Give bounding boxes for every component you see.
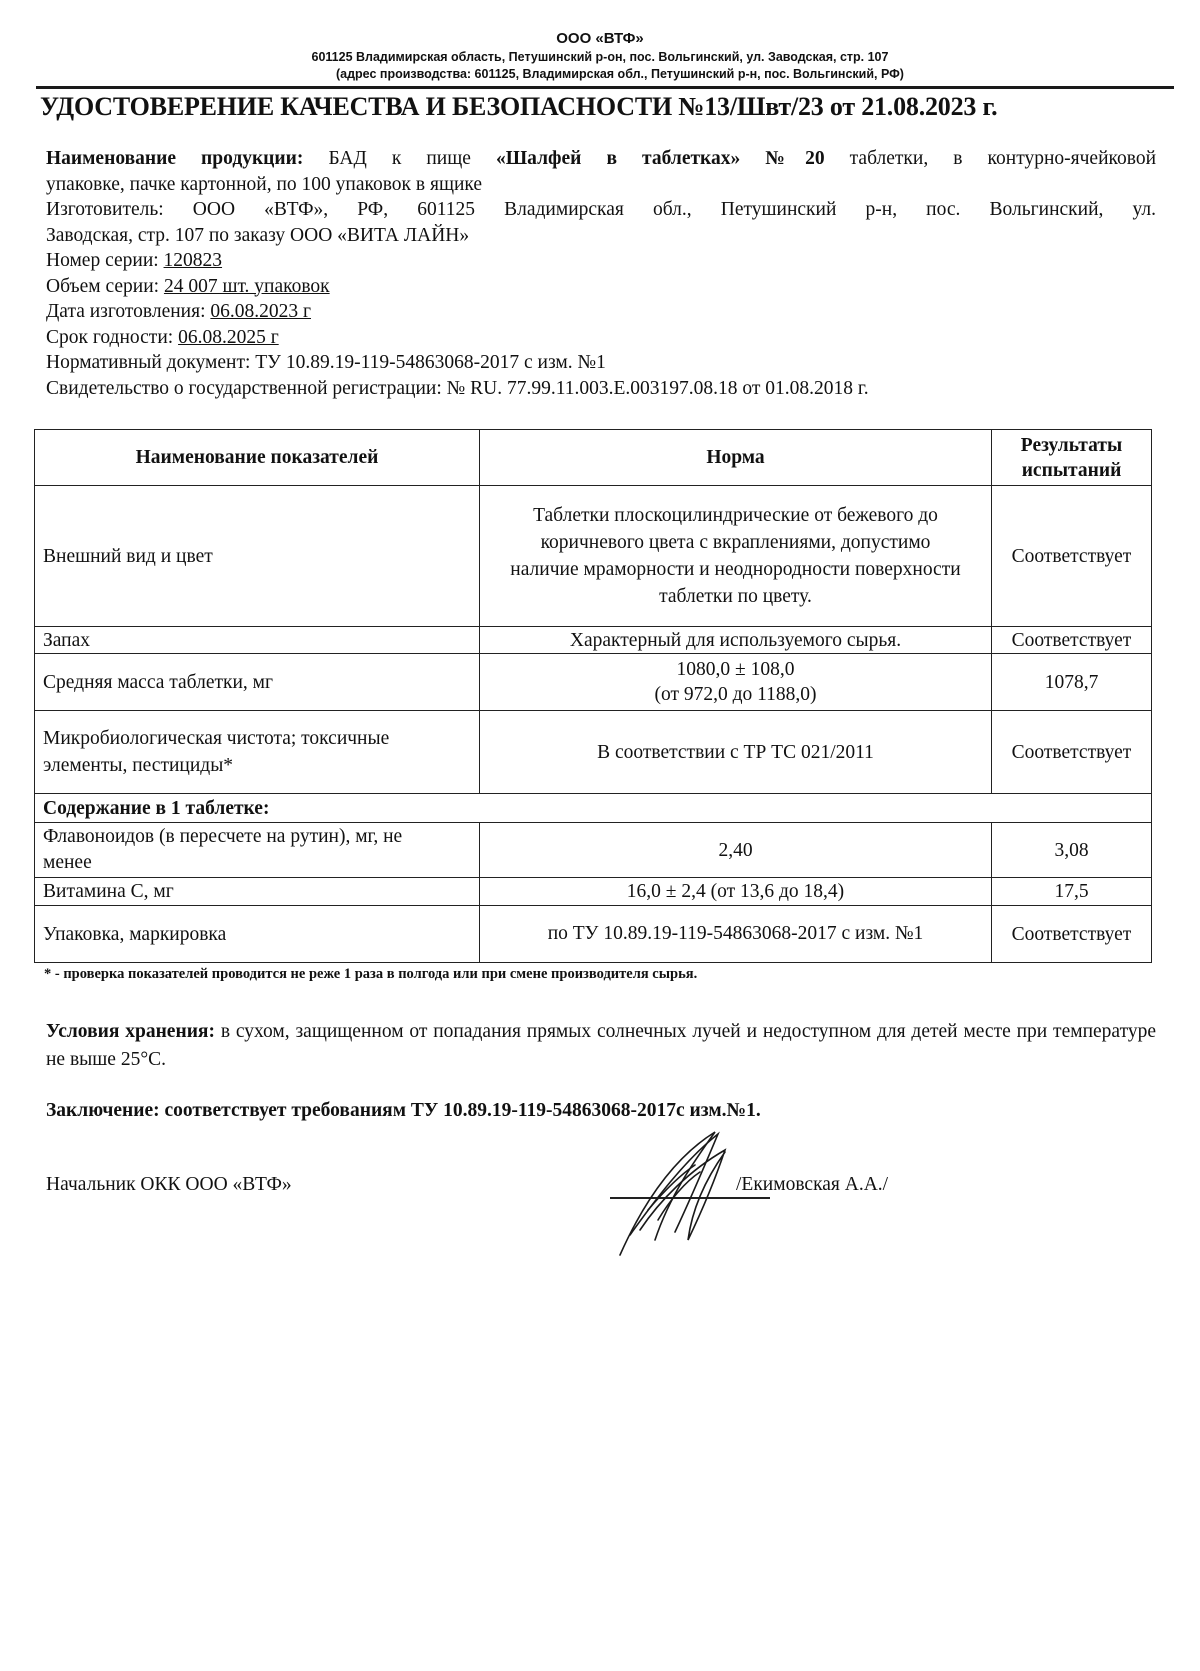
expiry-date: Срок годности: 06.08.2025 г	[46, 325, 1156, 351]
table-row: Флавоноидов (в пересчете на рутин), мг, …	[35, 823, 1152, 878]
organization-address: 601125 Владимирская область, Петушинский…	[0, 50, 1200, 64]
indicator-cell: Флавоноидов (в пересчете на рутин), мг, …	[35, 823, 480, 878]
result-cell: 17,5	[992, 878, 1152, 906]
norm-cell: В соответствии с ТР ТС 021/2011	[480, 711, 992, 794]
volume-value: 24 007 шт. упаковок	[164, 276, 330, 297]
production-address: (адрес производства: 601125, Владимирска…	[0, 67, 1200, 81]
norm-cell: по ТУ 10.89.19-119-54863068-2017 с изм. …	[480, 906, 992, 963]
result-cell: Соответствует	[992, 906, 1152, 963]
header-result: Результаты испытаний	[992, 430, 1152, 486]
table-row: Микробиологическая чистота; токсичные эл…	[35, 711, 1152, 794]
product-suffix: таблетки, в контурно-ячейковой	[825, 148, 1156, 169]
product-info: Наименование продукции: БАД к пище «Шалф…	[46, 146, 1156, 401]
indicator-cell: Внешний вид и цвет	[35, 486, 480, 627]
manufacturer-line-2: Заводская, стр. 107 по заказу ООО «ВИТА …	[46, 223, 1156, 249]
table-row: Витамина С, мг 16,0 ± 2,4 (от 13,6 до 18…	[35, 878, 1152, 906]
norm-cell: 1080,0 ± 108,0 (от 972,0 до 1188,0)	[480, 654, 992, 711]
indicator-cell: Микробиологическая чистота; токсичные эл…	[35, 711, 480, 794]
table-row: Упаковка, маркировка по ТУ 10.89.19-119-…	[35, 906, 1152, 963]
norm-cell: 2,40	[480, 823, 992, 878]
table-row: Запах Характерный для используемого сырь…	[35, 627, 1152, 654]
product-label: Наименование продукции:	[46, 148, 303, 169]
result-cell: Соответствует	[992, 711, 1152, 794]
batch-value: 120823	[164, 250, 223, 271]
norm-cell: Характерный для используемого сырья.	[480, 627, 992, 654]
section-heading: Содержание в 1 таблетке:	[35, 794, 1152, 823]
norm-line-2: (от 972,0 до 1188,0)	[488, 682, 983, 707]
indicator-cell: Средняя масса таблетки, мг	[35, 654, 480, 711]
table-row: Средняя масса таблетки, мг 1080,0 ± 108,…	[35, 654, 1152, 711]
product-name: «Шалфей в таблетках» №20	[496, 148, 825, 169]
norm-cell: 16,0 ± 2,4 (от 13,6 до 18,4)	[480, 878, 992, 906]
registration-certificate: Свидетельство о государственной регистра…	[46, 376, 1156, 402]
normative-document: Нормативный документ: ТУ 10.89.19-119-54…	[46, 350, 1156, 376]
indicator-cell: Упаковка, маркировка	[35, 906, 480, 963]
manufacture-date: Дата изготовления: 06.08.2023 г	[46, 299, 1156, 325]
batch-number: Номер серии: 120823	[46, 248, 1156, 274]
indicator-cell: Витамина С, мг	[35, 878, 480, 906]
result-cell: 3,08	[992, 823, 1152, 878]
product-prefix: БАД к пище	[303, 148, 496, 169]
quality-table: Наименование показателей Норма Результат…	[34, 429, 1152, 963]
header-indicator: Наименование показателей	[35, 430, 480, 486]
result-cell: 1078,7	[992, 654, 1152, 711]
mfg-date-value: 06.08.2023 г	[210, 301, 311, 322]
result-cell: Соответствует	[992, 627, 1152, 654]
table-section-row: Содержание в 1 таблетке:	[35, 794, 1152, 823]
storage-conditions: Условия хранения: в сухом, защищенном от…	[46, 1018, 1156, 1074]
signer-name: /Екимовская А.А./	[736, 1174, 888, 1196]
norm-cell: Таблетки плоскоцилиндрические от бежевог…	[480, 486, 992, 627]
product-name-line: Наименование продукции: БАД к пище «Шалф…	[46, 146, 1156, 172]
conclusion: Заключение: соответствует требованиям ТУ…	[46, 1100, 761, 1122]
norm-line-1: 1080,0 ± 108,0	[488, 657, 983, 682]
storage-label: Условия хранения:	[46, 1021, 215, 1042]
document-title: УДОСТОВЕРЕНИЕ КАЧЕСТВА И БЕЗОПАСНОСТИ №1…	[40, 92, 1180, 122]
organization-name: ООО «ВТФ»	[0, 30, 1200, 47]
header-norm: Норма	[480, 430, 992, 486]
expiry-label: Срок годности:	[46, 327, 178, 348]
footnote: * - проверка показателей проводится не р…	[44, 966, 697, 983]
batch-label: Номер серии:	[46, 250, 164, 271]
mfg-date-label: Дата изготовления:	[46, 301, 210, 322]
manufacturer-line-1: Изготовитель: ООО «ВТФ», РФ, 601125 Влад…	[46, 197, 1156, 223]
header-divider	[36, 86, 1174, 89]
table-row: Внешний вид и цвет Таблетки плоскоцилинд…	[35, 486, 1152, 627]
signer-role: Начальник ОКК ООО «ВТФ»	[46, 1174, 292, 1196]
result-cell: Соответствует	[992, 486, 1152, 627]
product-packaging: упаковке, пачке картонной, по 100 упаков…	[46, 172, 1156, 198]
volume-label: Объем серии:	[46, 276, 164, 297]
expiry-value: 06.08.2025 г	[178, 327, 279, 348]
indicator-cell: Запах	[35, 627, 480, 654]
table-header-row: Наименование показателей Норма Результат…	[35, 430, 1152, 486]
batch-volume: Объем серии: 24 007 шт. упаковок	[46, 274, 1156, 300]
